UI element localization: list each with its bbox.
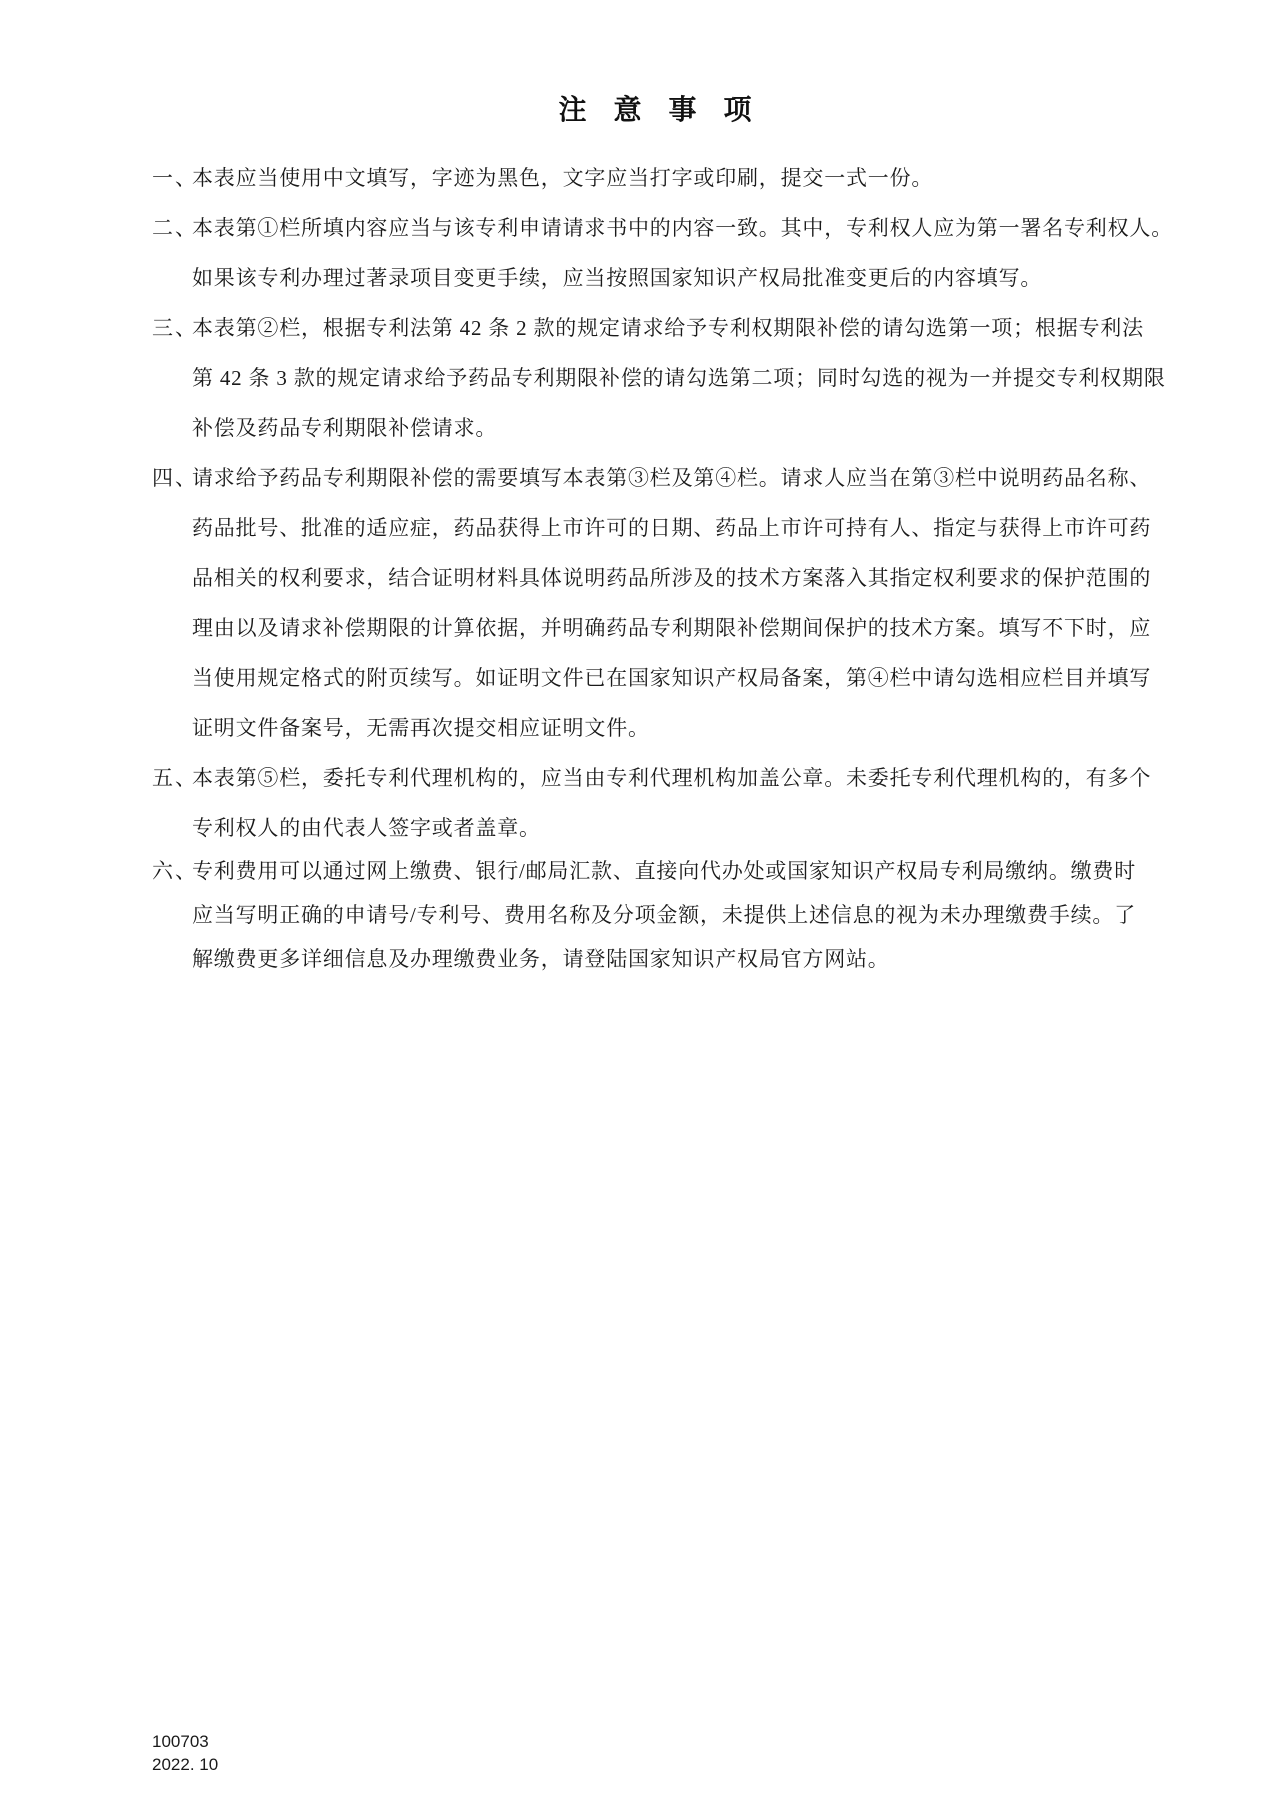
note-item: 五、本表第⑤栏，委托专利代理机构的，应当由专利代理机构加盖公章。未委托专利代理机… xyxy=(192,753,1192,853)
note-line: 当使用规定格式的附页续写。如证明文件已在国家知识产权局备案，第④栏中请勾选相应栏… xyxy=(192,653,1192,703)
revision-date: 2022. 10 xyxy=(152,1753,218,1776)
note-item: 六、专利费用可以通过网上缴费、银行/邮局汇款、直接向代办处或国家知识产权局专利局… xyxy=(192,849,1192,981)
note-item: 三、本表第②栏，根据专利法第 42 条 2 款的规定请求给予专利权期限补偿的请勾… xyxy=(192,303,1192,453)
note-item-first-line: 五、本表第⑤栏，委托专利代理机构的，应当由专利代理机构加盖公章。未委托专利代理机… xyxy=(192,753,1192,803)
note-item-first-line: 二、本表第①栏所填内容应当与该专利申请请求书中的内容一致。其中，专利权人应为第一… xyxy=(192,203,1192,253)
form-code: 100703 xyxy=(152,1730,218,1753)
note-item-first-line: 六、专利费用可以通过网上缴费、银行/邮局汇款、直接向代办处或国家知识产权局专利局… xyxy=(192,849,1192,893)
note-item-first-line: 四、请求给予药品专利期限补偿的需要填写本表第③栏及第④栏。请求人应当在第③栏中说… xyxy=(192,453,1192,503)
note-item-number: 五、 xyxy=(152,753,192,803)
note-item-number: 三、 xyxy=(152,303,192,353)
note-line: 解缴费更多详细信息及办理缴费业务，请登陆国家知识产权局官方网站。 xyxy=(192,937,1192,981)
note-line: 专利权人的由代表人签字或者盖章。 xyxy=(192,803,1192,853)
notes-page: 注 意 事 项 一、本表应当使用中文填写，字迹为黑色，文字应当打字或印刷，提交一… xyxy=(0,0,1280,1810)
note-item: 四、请求给予药品专利期限补偿的需要填写本表第③栏及第④栏。请求人应当在第③栏中说… xyxy=(192,453,1192,753)
note-line: 第 42 条 3 款的规定请求给予药品专利期限补偿的请勾选第二项；同时勾选的视为… xyxy=(192,353,1192,403)
note-item-number: 四、 xyxy=(152,453,192,503)
notes-list: 一、本表应当使用中文填写，字迹为黑色，文字应当打字或印刷，提交一式一份。二、本表… xyxy=(192,153,1192,981)
note-line: 补偿及药品专利期限补偿请求。 xyxy=(192,403,1192,453)
page-title: 注 意 事 项 xyxy=(152,88,1168,128)
note-line: 证明文件备案号，无需再次提交相应证明文件。 xyxy=(192,703,1192,753)
note-item: 二、本表第①栏所填内容应当与该专利申请请求书中的内容一致。其中，专利权人应为第一… xyxy=(192,203,1192,303)
note-line: 品相关的权利要求，结合证明材料具体说明药品所涉及的技术方案落入其指定权利要求的保… xyxy=(192,553,1192,603)
note-line: 药品批号、批准的适应症，药品获得上市许可的日期、药品上市许可持有人、指定与获得上… xyxy=(192,503,1192,553)
note-line: 理由以及请求补偿期限的计算依据，并明确药品专利期限补偿期间保护的技术方案。填写不… xyxy=(192,603,1192,653)
note-item-first-line: 一、本表应当使用中文填写，字迹为黑色，文字应当打字或印刷，提交一式一份。 xyxy=(192,153,1192,203)
note-item-first-line: 三、本表第②栏，根据专利法第 42 条 2 款的规定请求给予专利权期限补偿的请勾… xyxy=(192,303,1192,353)
note-item: 一、本表应当使用中文填写，字迹为黑色，文字应当打字或印刷，提交一式一份。 xyxy=(192,153,1192,203)
note-line: 如果该专利办理过著录项目变更手续，应当按照国家知识产权局批准变更后的内容填写。 xyxy=(192,253,1192,303)
note-item-number: 一、 xyxy=(152,153,192,203)
note-line: 应当写明正确的申请号/专利号、费用名称及分项金额，未提供上述信息的视为未办理缴费… xyxy=(192,893,1192,937)
note-item-number: 六、 xyxy=(152,849,192,893)
note-item-number: 二、 xyxy=(152,203,192,253)
page-footer: 100703 2022. 10 xyxy=(152,1730,218,1776)
